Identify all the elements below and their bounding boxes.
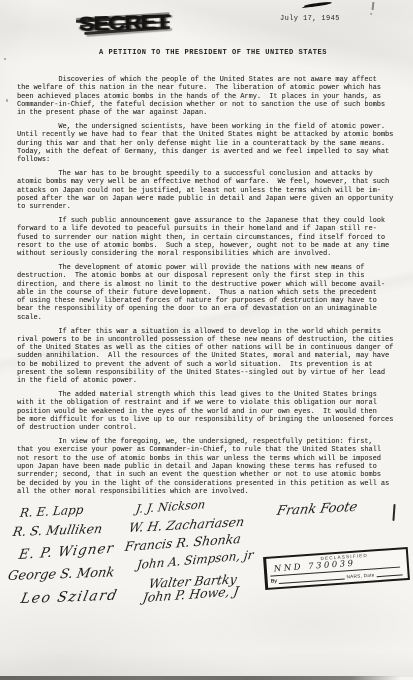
- signature-monk: George S. Monk: [7, 565, 116, 584]
- signature-lapp: R. E. Lapp: [19, 503, 84, 520]
- petition-body: Discoveries of which the people of the U…: [17, 76, 409, 502]
- paper-edge-shadow: [0, 676, 413, 680]
- secret-stamp: SECRET: [82, 9, 171, 41]
- paper-speck: [4, 58, 6, 60]
- signature-mulliken: R. S. Mulliken: [12, 521, 104, 539]
- pencil-tick-mark: [372, 2, 374, 10]
- petition-paragraph: If after this war a situation is allowed…: [17, 328, 409, 386]
- petition-paragraph: Discoveries of which the people of the U…: [17, 76, 409, 117]
- signature-foote: Frank Foote: [276, 500, 359, 519]
- paper-speck: [6, 99, 8, 102]
- petition-paragraph: The war has to be brought speedily to a …: [17, 170, 409, 211]
- declassified-stamp-by-line: [279, 574, 345, 584]
- pen-dash-mark: [304, 1, 332, 8]
- declassified-stamp-date-line: [376, 570, 402, 577]
- petition-paragraph: The development of atomic power will pro…: [17, 264, 409, 322]
- petition-paragraph: We, the undersigned scientists, have bee…: [17, 123, 409, 164]
- declassified-stamp-by-label: By: [271, 578, 278, 584]
- signature-wigner: E. P. Wigner: [18, 540, 116, 563]
- document-date: July 17, 1945: [280, 15, 340, 24]
- declassified-stamp-nars-label: NARS, Date: [346, 572, 374, 579]
- signature-szilard: Leo Szilard: [19, 588, 119, 608]
- declassified-stamp: DECLASSIFIED NND 730039 By NARS, Date: [263, 547, 410, 590]
- petition-title: A PETITION TO THE PRESIDENT OF THE UNITE…: [99, 49, 327, 58]
- petition-paragraph: In view of the foregoing, we, the unders…: [17, 438, 409, 496]
- pen-stroke-mark: [392, 504, 395, 521]
- petition-paragraph: If such public announcement gave assuran…: [17, 217, 409, 258]
- petition-document-page: SECRET July 17, 1945 A PETITION TO THE P…: [0, 0, 413, 680]
- paper-bottom-shading: [0, 651, 413, 677]
- petition-paragraph: The added material strength which this l…: [17, 391, 409, 432]
